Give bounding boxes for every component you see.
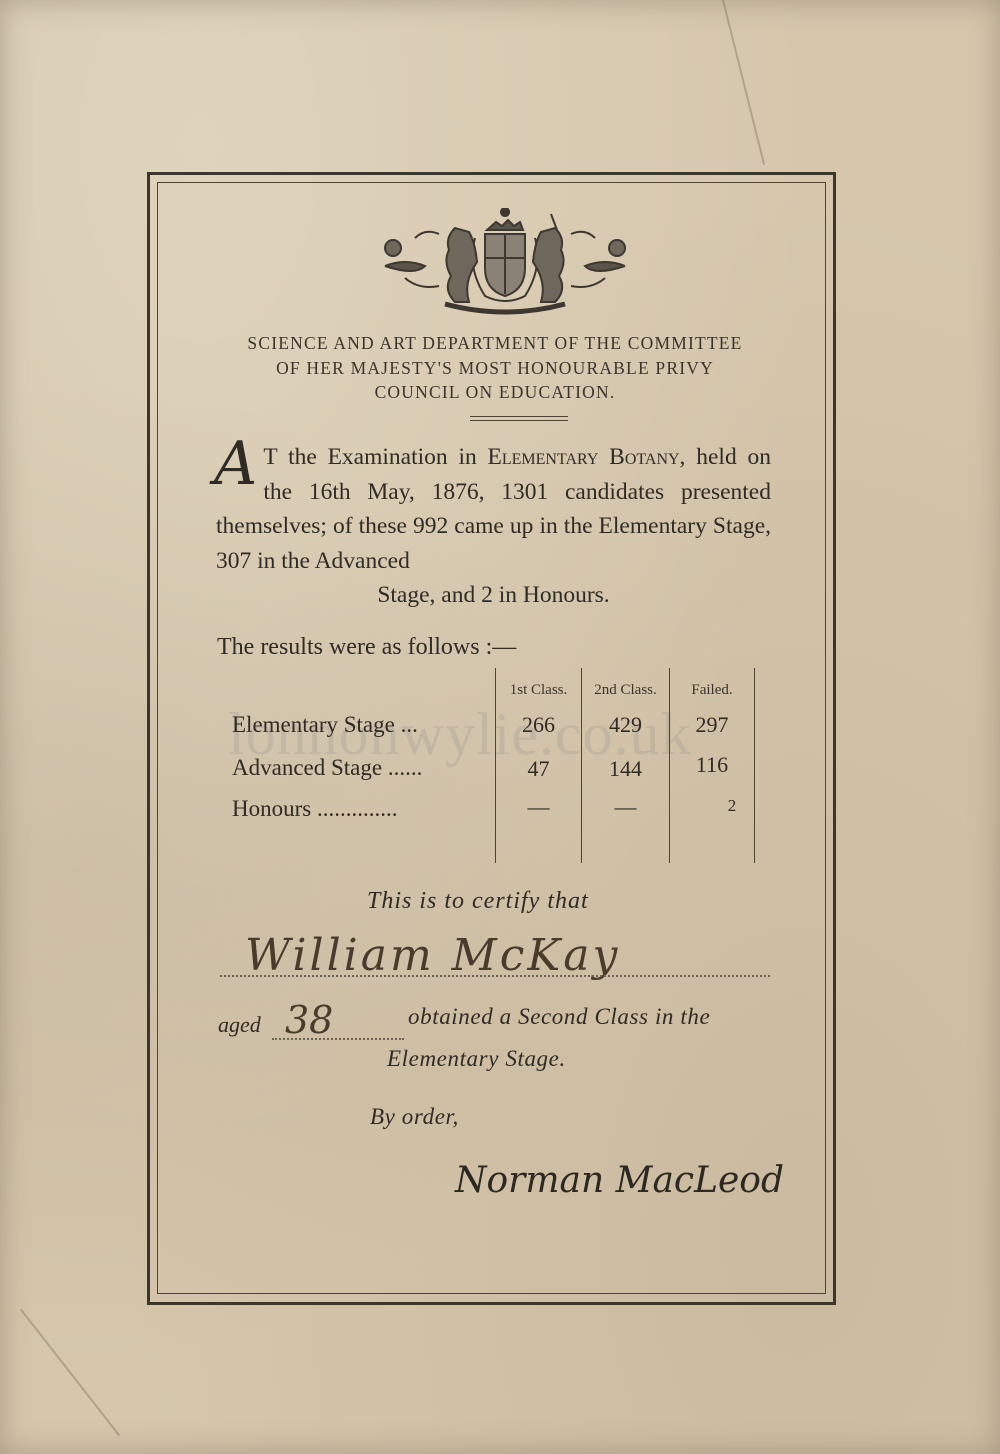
table-cell: 144 xyxy=(582,756,669,782)
table-cell: — xyxy=(496,794,581,820)
row-label-advanced: Advanced Stage ...... xyxy=(232,755,422,781)
table-cell: 429 xyxy=(582,712,669,738)
table-cell: 266 xyxy=(496,712,581,738)
intro-text: T the Examination in xyxy=(263,444,487,470)
certify-text: This is to certify that xyxy=(367,888,589,915)
aged-label: aged xyxy=(218,1012,261,1038)
obtained-text: obtained a Second Class in the xyxy=(408,1004,710,1030)
royal-crest-icon xyxy=(375,208,635,318)
stage-text: Elementary Stage. xyxy=(387,1046,566,1072)
column-header-failed: Failed. xyxy=(670,682,754,699)
heading-line: OF HER MAJESTY'S MOST HONOURABLE PRIVY xyxy=(200,356,790,381)
drop-cap: A xyxy=(214,434,257,494)
heading-line: SCIENCE AND ART DEPARTMENT OF THE COMMIT… xyxy=(200,331,790,356)
by-order-text: By order, xyxy=(370,1104,459,1130)
table-cell: 116 xyxy=(670,752,754,778)
column-header-2nd-class: 2nd Class. xyxy=(582,682,669,699)
heading-line: COUNCIL ON EDUCATION. xyxy=(200,380,790,405)
row-label-elementary: Elementary Stage ... xyxy=(232,712,418,738)
table-cell: 297 xyxy=(670,712,754,738)
paper-crease xyxy=(20,1309,120,1436)
table-cell: 47 xyxy=(496,756,581,782)
subject-name: Elementary Botany, xyxy=(488,444,686,470)
table-cell: 2 xyxy=(690,796,774,816)
results-title: The results were as follows :— xyxy=(217,634,516,661)
recipient-name: William McKay xyxy=(245,930,620,981)
age-dotted-line xyxy=(272,1038,404,1040)
row-label-honours: Honours .............. xyxy=(232,796,397,822)
examination-intro: AT the Examination in Elementary Botany,… xyxy=(216,440,771,613)
intro-last-line: Stage, and 2 in Honours. xyxy=(216,578,771,613)
heading-double-rule xyxy=(470,416,568,421)
column-header-1st-class: 1st Class. xyxy=(496,682,581,699)
department-heading: SCIENCE AND ART DEPARTMENT OF THE COMMIT… xyxy=(200,331,790,405)
name-dotted-line xyxy=(220,975,770,977)
recipient-age: 38 xyxy=(285,998,333,1042)
column-divider xyxy=(754,668,755,863)
results-table: 1st Class. 2nd Class. Failed. Elementary… xyxy=(220,668,760,863)
paper-crease xyxy=(722,0,765,165)
table-cell: — xyxy=(582,794,669,820)
signature: Norman MacLeod xyxy=(455,1160,784,1201)
